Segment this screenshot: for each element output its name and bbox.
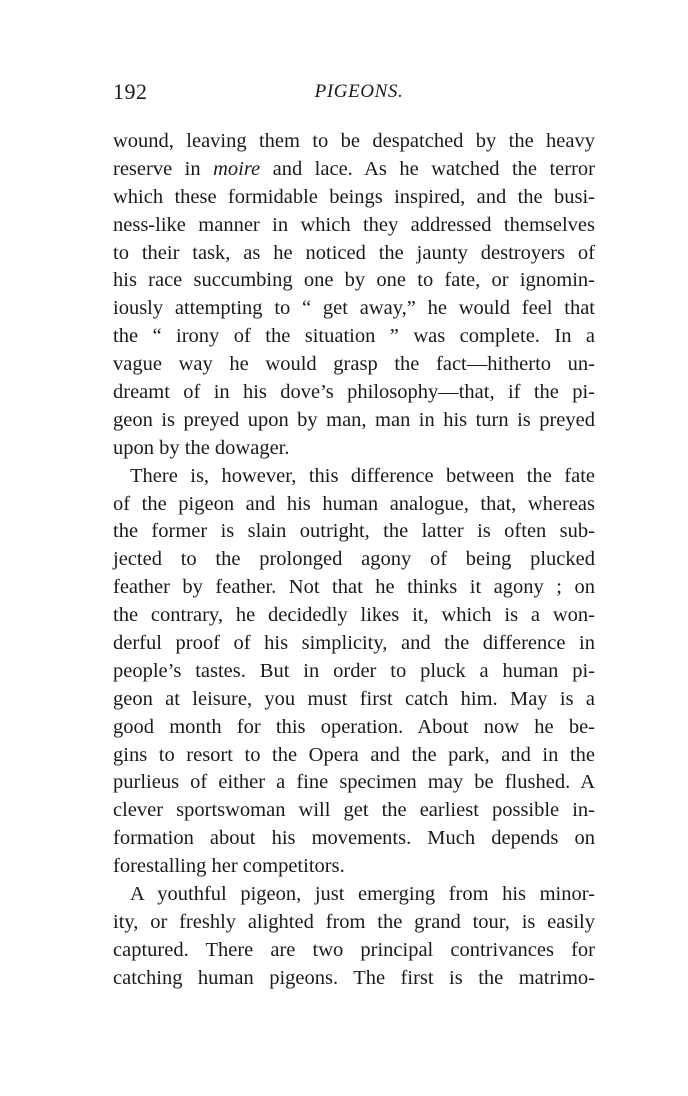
text-line: ity, or freshly alighted from the grand …	[113, 909, 595, 937]
text-line: of the pigeon and his human analogue, th…	[113, 491, 595, 519]
text-line: vague way he would grasp the fact—hither…	[113, 351, 595, 379]
text-line: feather by feather. Not that he thinks i…	[113, 574, 595, 602]
text-line: forestalling her competitors.	[113, 853, 595, 881]
text-line: reserve in moire and lace. As he watched…	[113, 156, 595, 184]
text-line: A youthful pigeon, just emerging from hi…	[113, 881, 595, 909]
text-line: iously attempting to “ get away,” he wou…	[113, 295, 595, 323]
body-text: wound, leaving them to be despatched by …	[113, 128, 595, 993]
text-line: to their task, as he noticed the jaunty …	[113, 240, 595, 268]
text-line: the “ irony of the situation ” was compl…	[113, 323, 595, 351]
text-line: jected to the prolonged agony of being p…	[113, 546, 595, 574]
text-line: captured. There are two principal contri…	[113, 937, 595, 965]
text-line: clever sportswoman will get the earliest…	[113, 797, 595, 825]
running-title: PIGEONS.	[113, 77, 595, 107]
text-line: geon at leisure, you must first catch hi…	[113, 686, 595, 714]
text-line: gins to resort to the Opera and the park…	[113, 742, 595, 770]
text-line: upon by the dowager.	[113, 435, 595, 463]
text-line: derful proof of his simplicity, and the …	[113, 630, 595, 658]
text-line: dreamt of in his dove’s philosophy—that,…	[113, 379, 595, 407]
text-line: purlieus of either a fine specimen may b…	[113, 769, 595, 797]
text-line: formation about his movements. Much depe…	[113, 825, 595, 853]
text-line: good month for this operation. About now…	[113, 714, 595, 742]
text-line: his race succumbing one by one to fate, …	[113, 267, 595, 295]
text-line: wound, leaving them to be despatched by …	[113, 128, 595, 156]
italic-word: moire	[213, 158, 260, 180]
book-page: 192 PIGEONS. wound, leaving them to be d…	[0, 0, 688, 1096]
text-line: which these formidable beings inspired, …	[113, 184, 595, 212]
text-line: There is, however, this difference betwe…	[113, 463, 595, 491]
text-line: the former is slain outright, the latter…	[113, 518, 595, 546]
text-line: people’s tastes. But in order to pluck a…	[113, 658, 595, 686]
paragraph-2: There is, however, this difference betwe…	[113, 463, 595, 881]
text-line: ness-like manner in which they addressed…	[113, 212, 595, 240]
text-line: geon is preyed upon by man, man in his t…	[113, 407, 595, 435]
text-line: catching human pigeons. The first is the…	[113, 965, 595, 993]
running-head: 192 PIGEONS.	[113, 77, 595, 107]
text-line: the contrary, he decidedly likes it, whi…	[113, 602, 595, 630]
paragraph-1: wound, leaving them to be despatched by …	[113, 128, 595, 463]
paragraph-3: A youthful pigeon, just emerging from hi…	[113, 881, 595, 993]
